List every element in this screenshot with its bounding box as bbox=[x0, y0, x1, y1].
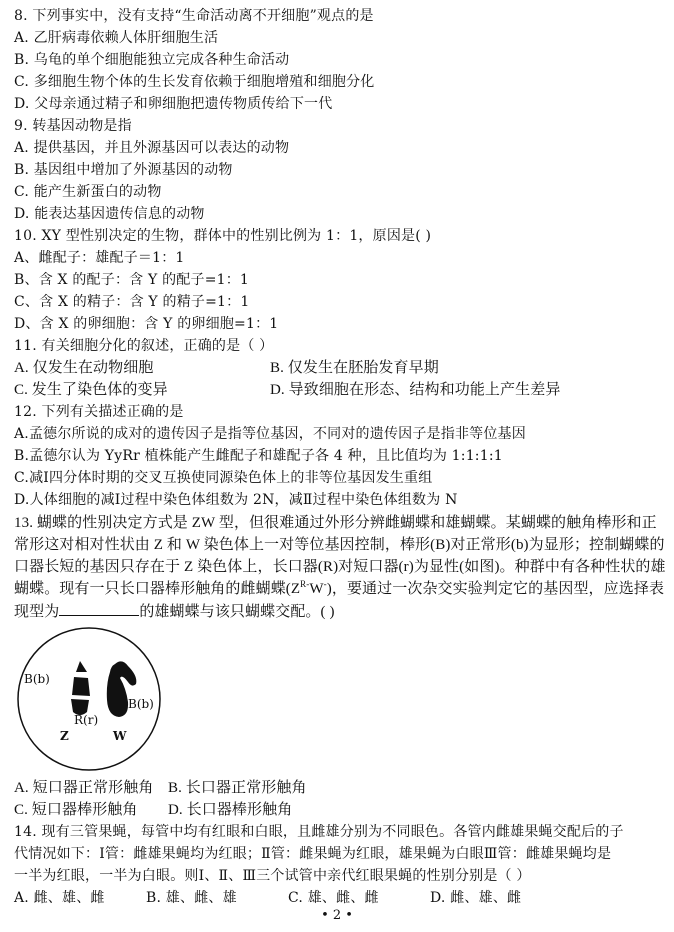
q14-option-c: C. 雄、雌、雌 bbox=[288, 888, 379, 908]
q12-option-a: A.孟德尔所说的成对的遗传因子是指等位基因，不同对的遗传因子是指非等位基因 bbox=[14, 424, 526, 444]
q13-line4-text: 蝴蝶。现有一只长口器棒形触角的雌蝴蝶(Z bbox=[14, 581, 300, 597]
q13-line5-start: 现型为 bbox=[14, 604, 59, 620]
q14-option-a: A. 雌、雄、雌 bbox=[14, 888, 105, 908]
question-14-line-3: 一半为红眼，一半为白眼。则Ⅰ、Ⅱ、Ⅲ三个试管中亲代红眼果蝇的性别分别是（ ） bbox=[14, 866, 531, 886]
question-10-stem: 10. XY 型性别决定的生物，群体中的性别比例为 1：1，原因是( ) bbox=[14, 226, 431, 246]
question-11-stem: 11. 有关细胞分化的叙述，正确的是（ ） bbox=[14, 336, 273, 356]
chromosome-diagram: B(b) R(r) Z W B(b) bbox=[16, 626, 162, 772]
label-w: W bbox=[112, 729, 127, 743]
q11-option-d: D. 导致细胞在形态、结构和功能上产生差异 bbox=[270, 380, 560, 400]
label-b-right: B(b) bbox=[128, 697, 154, 711]
question-13-line-3: 口器长短的基因只存在于 Z 染色体上，长口器(R)对短口器(r)为显性(如图)。… bbox=[14, 557, 666, 577]
page-number: • 2 • bbox=[0, 908, 674, 923]
question-13-line-4: 蝴蝶。现有一只长口器棒形触角的雌蝴蝶(ZR-W-)，要通过一次杂交实验判定它的基… bbox=[14, 579, 664, 599]
q11-option-c: C. 发生了染色体的变异 bbox=[14, 380, 168, 400]
q11-option-a: A. 仅发生在动物细胞 bbox=[14, 358, 153, 378]
question-9-stem: 9. 转基因动物是指 bbox=[14, 116, 132, 136]
q13-option-a: A. 短口器正常形触角 bbox=[14, 778, 153, 798]
q9-option-d: D. 能表达基因遗传信息的动物 bbox=[14, 204, 205, 224]
answer-blank bbox=[59, 601, 139, 616]
q10-option-d: D、含 X 的卵细胞：含 Y 的卵细胞=1：1 bbox=[14, 314, 278, 334]
q13-superscript-r: R- bbox=[300, 579, 309, 589]
q9-option-c: C. 能产生新蛋白的动物 bbox=[14, 182, 162, 202]
question-13-line-2: 常形这对相对性状由 Z 和 W 染色体上一对等位基因控制，棒形(B)对正常形(b… bbox=[14, 535, 665, 555]
q13-option-d: D. 长口器棒形触角 bbox=[168, 800, 292, 820]
question-13-line-5: 现型为的雄蝴蝶与该只蝴蝶交配。( ) bbox=[14, 601, 335, 622]
q8-option-c: C. 多细胞生物个体的生长发育依赖于细胞增殖和细胞分化 bbox=[14, 72, 375, 92]
q13-option-c: C. 短口器棒形触角 bbox=[14, 800, 138, 820]
q13-w-chromosome: W bbox=[309, 581, 323, 597]
q10-option-b: B、含 X 的配子：含 Y 的配子=1：1 bbox=[14, 270, 249, 290]
chromosome-diagram-icon: B(b) R(r) Z W B(b) bbox=[16, 626, 162, 772]
q14-option-b: B. 雄、雌、雄 bbox=[146, 888, 237, 908]
q8-option-a: A. 乙肝病毒依赖人体肝细胞生活 bbox=[14, 28, 218, 48]
label-z: Z bbox=[60, 729, 69, 743]
question-14-line-1: 14. 现有三管果蝇，每管中均有红眼和白眼，且雌雄分别为不同眼色。各管内雌雄果蝇… bbox=[14, 822, 624, 842]
q12-option-c: C.减Ⅰ四分体时期的交叉互换使同源染色体上的非等位基因发生重组 bbox=[14, 468, 432, 488]
q13-option-b: B. 长口器正常形触角 bbox=[168, 778, 307, 798]
q10-option-a: A、雌配子：雄配子＝1：1 bbox=[14, 248, 185, 268]
q8-option-b: B. 乌龟的单个细胞能独立完成各种生命活动 bbox=[14, 50, 289, 70]
question-8-stem: 8. 下列事实中，没有支持“生命活动离不开细胞”观点的是 bbox=[14, 6, 374, 26]
label-b-left: B(b) bbox=[24, 672, 50, 686]
q14-option-d: D. 雌、雄、雌 bbox=[430, 888, 521, 908]
q12-option-d: D.人体细胞的减Ⅰ过程中染色体组数为 2N，减Ⅱ过程中染色体组数为 N bbox=[14, 490, 458, 510]
question-13-line-1: 13. 蝴蝶的性别决定方式是 ZW 型，但很难通过外形分辨雌蝴蝶和雄蝴蝶。某蝴蝶… bbox=[14, 513, 657, 533]
q9-option-a: A. 提供基因，并且外源基因可以表达的动物 bbox=[14, 138, 289, 158]
question-12-stem: 12. 下列有关描述正确的是 bbox=[14, 402, 184, 422]
question-14-line-2: 代情况如下：Ⅰ管：雌雄果蝇均为红眼；Ⅱ管：雌果蝇为红眼，雄果蝇为白眼Ⅲ管：雌雄果… bbox=[14, 844, 611, 864]
q13-line5-end: 的雄蝴蝶与该只蝴蝶交配。( ) bbox=[139, 604, 334, 620]
q13-line4-end: )，要通过一次杂交实验判定它的基因型，应选择表 bbox=[327, 581, 664, 597]
q9-option-b: B. 基因组中增加了外源基因的动物 bbox=[14, 160, 233, 180]
label-r: R(r) bbox=[74, 713, 98, 727]
q10-option-c: C、含 X 的精子：含 Y 的精子=1：1 bbox=[14, 292, 249, 312]
q8-option-d: D. 父母亲通过精子和卵细胞把遗传物质传给下一代 bbox=[14, 94, 332, 114]
q12-option-b: B.孟德尔认为 YyRr 植株能产生雌配子和雄配子各 4 种，且比值均为 1:1… bbox=[14, 446, 503, 466]
q11-option-b: B. 仅发生在胚胎发育早期 bbox=[270, 358, 439, 378]
